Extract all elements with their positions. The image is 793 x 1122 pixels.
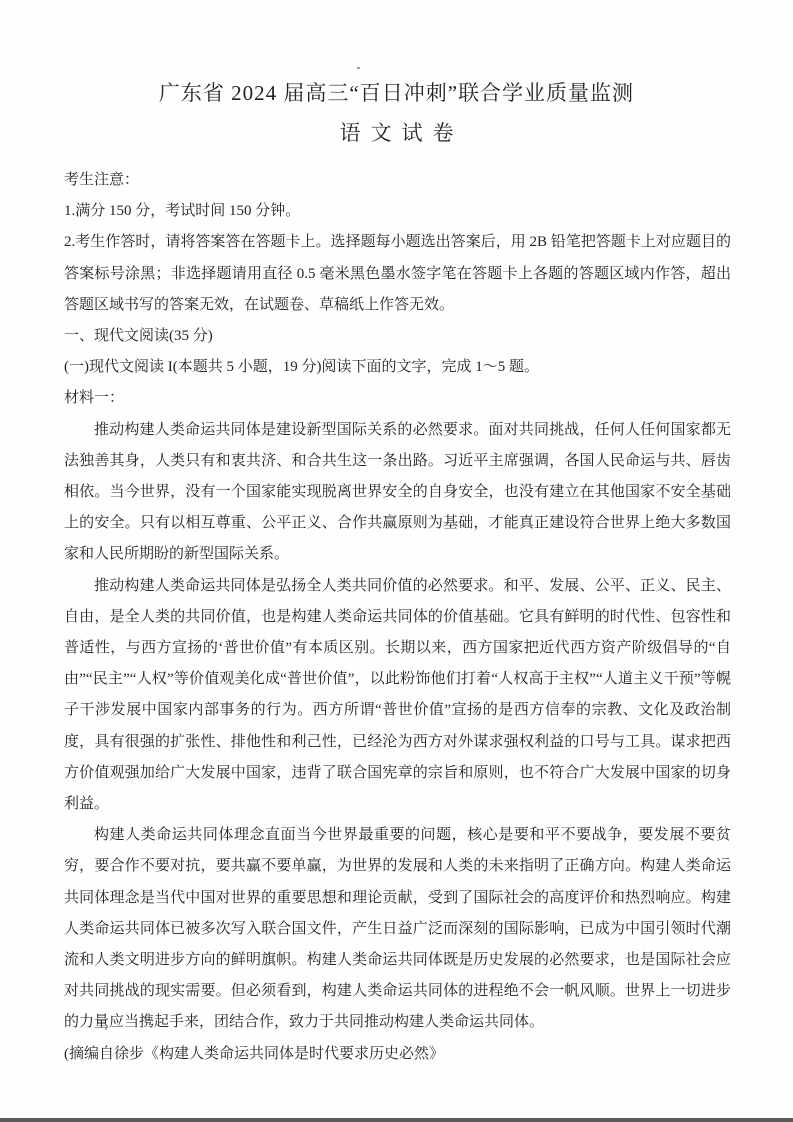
page-title: 广东省 2024 届高三“百日冲刺”联合学业质量监测 [0, 0, 793, 105]
notice-item: 1.满分 150 分，考试时间 150 分钟。 [64, 196, 731, 227]
body-paragraph: 推动构建人类命运共同体是建设新型国际关系的必然要求。面对共同挑战，任何人任何国家… [64, 415, 731, 571]
scan-speck [105, 1028, 107, 1030]
body-paragraph: 构建人类命运共同体理念直面当今世界最重要的问题，核心是要和平不要战争，要发展不要… [64, 820, 731, 1038]
body-paragraph: 推动构建人类命运共同体是弘扬全人类共同价值的必然要求。和平、发展、公平、正义、民… [64, 571, 731, 821]
document-body: 考生注意： 1.满分 150 分，考试时间 150 分钟。 2.考生作答时，请将… [64, 165, 731, 1070]
notice-item: 2.考生作答时，请将答案答在答题卡上。选择题每小题选出答案后，用 2B 铅笔把答… [64, 227, 731, 321]
scan-speck [357, 67, 360, 69]
page-subtitle: 语文试卷 [0, 121, 793, 145]
subsection-heading: (一)现代文阅读 I(本题共 5 小题，19 分)阅读下面的文字，完成 1～5 … [64, 352, 731, 383]
material-label: 材料一： [64, 383, 731, 414]
page-bottom-edge [0, 1118, 793, 1122]
exam-paper-page: 广东省 2024 届高三“百日冲刺”联合学业质量监测 语文试卷 考生注意： 1.… [0, 0, 793, 1122]
notice-heading: 考生注意： [64, 165, 731, 196]
section-heading: 一、现代文阅读(35 分) [64, 321, 731, 352]
citation-line: (摘编自徐步《构建人类命运共同体是时代要求历史必然》 [64, 1039, 731, 1070]
